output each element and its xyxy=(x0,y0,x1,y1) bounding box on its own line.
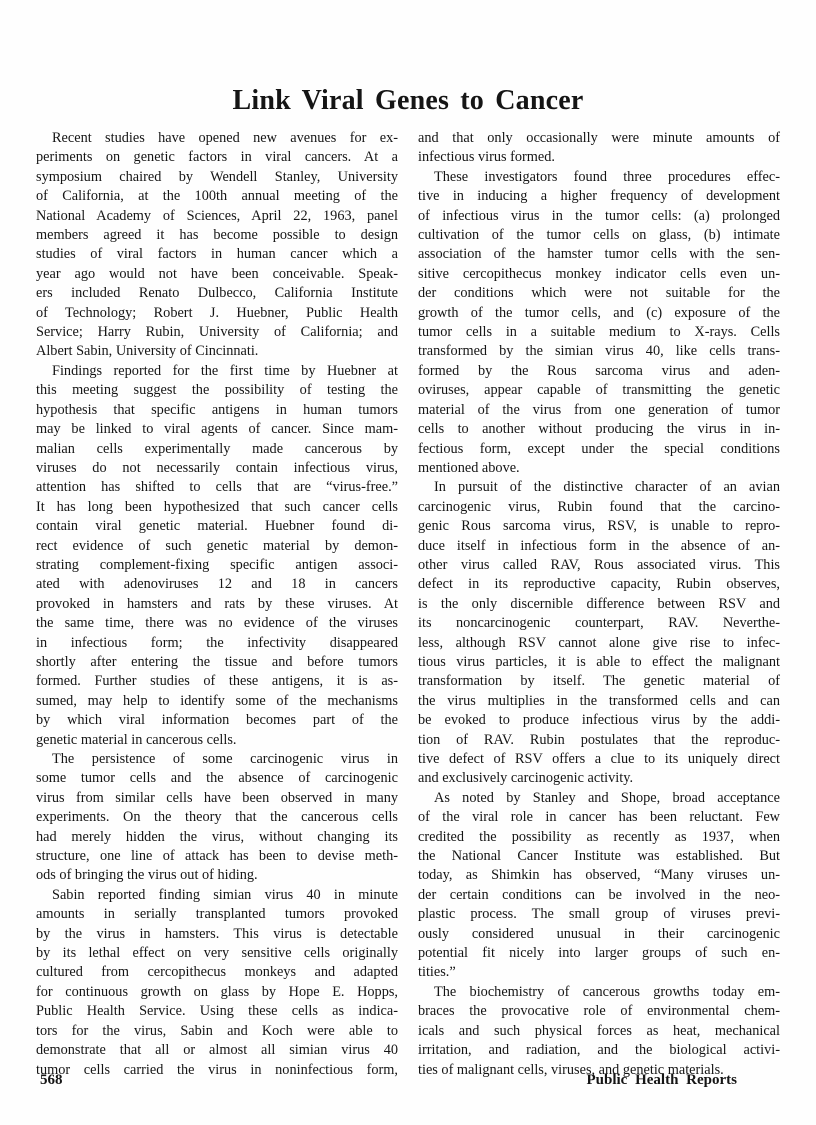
text-line: It has long been hypothesized that such … xyxy=(36,498,398,517)
text-line: is the only discernible difference betwe… xyxy=(418,595,780,614)
text-line: cells to another without producing the v… xyxy=(418,420,780,439)
page-footer: 568 Public Health Reports xyxy=(40,1072,737,1089)
text-line: cultured from cercopithecus monkeys and … xyxy=(36,963,398,982)
text-line: had merely hidden the virus, without cha… xyxy=(36,828,398,847)
text-line: fectious form, except under the special … xyxy=(418,440,780,459)
column-left: Recent studies have opened new avenues f… xyxy=(36,129,398,1080)
text-line: rect evidence of such genetic material b… xyxy=(36,537,398,556)
text-line: der certain conditions can be involved i… xyxy=(418,886,780,905)
text-line: potential fit nicely into larger groups … xyxy=(418,944,780,963)
text-line: In pursuit of the distinctive character … xyxy=(418,478,780,497)
text-line: tion of RAV. Rubin postulates that the r… xyxy=(418,731,780,750)
article-body: Recent studies have opened new avenues f… xyxy=(0,118,816,1080)
text-line: Recent studies have opened new avenues f… xyxy=(36,129,398,148)
text-line: material of the virus from one generatio… xyxy=(418,401,780,420)
text-line: by the virus in hamsters. This virus is … xyxy=(36,925,398,944)
text-line: symposium chaired by Wendell Stanley, Un… xyxy=(36,168,398,187)
journal-name: Public Health Reports xyxy=(587,1072,738,1089)
text-line: As noted by Stanley and Shope, broad acc… xyxy=(418,789,780,808)
text-line: sitive cercopithecus monkey indicator ce… xyxy=(418,265,780,284)
text-line: amounts in serially transplanted tumors … xyxy=(36,905,398,924)
text-line: be evoked to produce infectious virus by… xyxy=(418,711,780,730)
paragraph: The persistence of some carcinogenic vir… xyxy=(36,750,398,886)
paragraph: In pursuit of the distinctive character … xyxy=(418,478,780,789)
text-line: the National Cancer Institute was establ… xyxy=(418,847,780,866)
text-line: some tumor cells and the absence of carc… xyxy=(36,769,398,788)
text-line: plastic process. The small group of viru… xyxy=(418,905,780,924)
text-line: tious virus particles, it is able to eff… xyxy=(418,653,780,672)
text-line: in infectious form; the infectivity disa… xyxy=(36,634,398,653)
text-line: shortly after entering the tissue and be… xyxy=(36,653,398,672)
text-line: malian cells experimentally made cancero… xyxy=(36,440,398,459)
paragraph: and that only occasionally were minute a… xyxy=(418,129,780,168)
text-line: Service; Harry Rubin, University of Cali… xyxy=(36,323,398,342)
text-line: ers included Renato Dulbecco, California… xyxy=(36,284,398,303)
text-line: carcinogenic virus, Rubin found that the… xyxy=(418,498,780,517)
text-line: tities.” xyxy=(418,963,780,982)
text-line: other virus called RAV, Rous associated … xyxy=(418,556,780,575)
text-line: cultivation of the tumor cells on glass,… xyxy=(418,226,780,245)
text-line: year ago would not have been conceivable… xyxy=(36,265,398,284)
text-line: formed. Further studies of these antigen… xyxy=(36,672,398,691)
text-line: strating complement-fixing specific anti… xyxy=(36,556,398,575)
paragraph: Sabin reported finding simian virus 40 i… xyxy=(36,886,398,1080)
text-line: growth of the tumor cells, and (c) expos… xyxy=(418,304,780,323)
text-line: tumor cells in a suitable medium to X-ra… xyxy=(418,323,780,342)
text-line: the virus multiplies in the transformed … xyxy=(418,692,780,711)
text-line: These investigators found three procedur… xyxy=(418,168,780,187)
paragraph: Recent studies have opened new avenues f… xyxy=(36,129,398,362)
text-line: duce itself in infectious form in the ab… xyxy=(418,537,780,556)
text-line: The persistence of some carcinogenic vir… xyxy=(36,750,398,769)
text-line: this meeting suggest the possibility of … xyxy=(36,381,398,400)
text-line: for continuous growth on glass by Hope E… xyxy=(36,983,398,1002)
text-line: experiments. On the theory that the canc… xyxy=(36,808,398,827)
text-line: of infectious virus in the tumor cells: … xyxy=(418,207,780,226)
column-right: and that only occasionally were minute a… xyxy=(418,129,780,1080)
paragraph: The biochemistry of cancerous growths to… xyxy=(418,983,780,1080)
text-line: der conditions which were not suitable f… xyxy=(418,284,780,303)
text-line: hypothesis that specific antigens in hum… xyxy=(36,401,398,420)
text-line: tive defect of RSV offers a clue to its … xyxy=(418,750,780,769)
text-line: may be linked to viral agents of cancer.… xyxy=(36,420,398,439)
text-line: tors for the virus, Sabin and Koch were … xyxy=(36,1022,398,1041)
text-line: demonstrate that all or almost all simia… xyxy=(36,1041,398,1060)
text-line: provoked in hamsters and rats by these v… xyxy=(36,595,398,614)
text-line: formed by the Rous sarcoma virus and ade… xyxy=(418,362,780,381)
text-line: its noncarcinogenic counterpart, RAV. Ne… xyxy=(418,614,780,633)
text-line: and that only occasionally were minute a… xyxy=(418,129,780,148)
text-line: periments on genetic factors in viral ca… xyxy=(36,148,398,167)
text-line: contain viral genetic material. Huebner … xyxy=(36,517,398,536)
text-line: members agreed it has become possible to… xyxy=(36,226,398,245)
text-line: Sabin reported finding simian virus 40 i… xyxy=(36,886,398,905)
text-line: transformed by the simian virus 40, like… xyxy=(418,342,780,361)
text-line: by which viral information becomes part … xyxy=(36,711,398,730)
text-line: of California, at the 100th annual meeti… xyxy=(36,187,398,206)
text-line: the same time, there was no evidence of … xyxy=(36,614,398,633)
text-line: National Academy of Sciences, April 22, … xyxy=(36,207,398,226)
text-line: virus from similar cells have been obser… xyxy=(36,789,398,808)
text-line: association of the hamster tumor cells w… xyxy=(418,245,780,264)
page-number: 568 xyxy=(40,1072,63,1089)
text-line: icals and such physical forces as heat, … xyxy=(418,1022,780,1041)
text-line: braces the provocative role of environme… xyxy=(418,1002,780,1021)
text-line: ods of bringing the virus out of hiding. xyxy=(36,866,398,885)
text-line: and exclusively carcinogenic activity. xyxy=(418,769,780,788)
text-line: Findings reported for the first time by … xyxy=(36,362,398,381)
text-line: ated with adenoviruses 12 and 18 in canc… xyxy=(36,575,398,594)
text-line: attention has shifted to cells that are … xyxy=(36,478,398,497)
text-line: Public Health Service. Using these cells… xyxy=(36,1002,398,1021)
text-line: The biochemistry of cancerous growths to… xyxy=(418,983,780,1002)
text-line: less, although RSV cannot alone give ris… xyxy=(418,634,780,653)
text-line: sumed, may help to identify some of the … xyxy=(36,692,398,711)
text-line: of Technology; Robert J. Huebner, Public… xyxy=(36,304,398,323)
text-line: today, as Shimkin has observed, “Many vi… xyxy=(418,866,780,885)
text-line: by its lethal effect on very sensitive c… xyxy=(36,944,398,963)
paragraph: As noted by Stanley and Shope, broad acc… xyxy=(418,789,780,983)
paragraph: These investigators found three procedur… xyxy=(418,168,780,479)
text-line: infectious virus formed. xyxy=(418,148,780,167)
text-line: ously considered unusual in their carcin… xyxy=(418,925,780,944)
document-page: Link Viral Genes to Cancer Recent studie… xyxy=(0,0,816,1125)
article-title: Link Viral Genes to Cancer xyxy=(0,0,816,118)
text-line: irritation, and radiation, and the biolo… xyxy=(418,1041,780,1060)
text-line: oviruses, appear capable of transmitting… xyxy=(418,381,780,400)
text-line: genetic material in cancerous cells. xyxy=(36,731,398,750)
text-line: viruses do not necessarily contain infec… xyxy=(36,459,398,478)
text-line: mentioned above. xyxy=(418,459,780,478)
text-line: structure, one line of attack has been t… xyxy=(36,847,398,866)
text-line: Albert Sabin, University of Cincinnati. xyxy=(36,342,398,361)
paragraph: Findings reported for the first time by … xyxy=(36,362,398,750)
text-line: studies of viral factors in human cancer… xyxy=(36,245,398,264)
text-line: credited the possibility as recently as … xyxy=(418,828,780,847)
text-line: defect in its reproductive capacity, Rub… xyxy=(418,575,780,594)
text-line: of the viral role in cancer has been rel… xyxy=(418,808,780,827)
text-line: transformation by itself. The genetic ma… xyxy=(418,672,780,691)
text-line: tive in inducing a higher frequency of d… xyxy=(418,187,780,206)
text-line: genic Rous sarcoma virus, RSV, is unable… xyxy=(418,517,780,536)
